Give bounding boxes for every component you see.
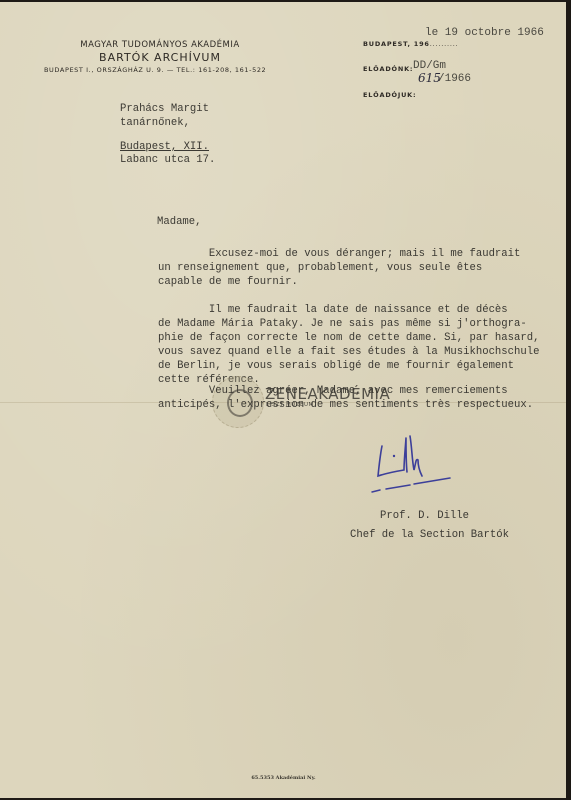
paragraph-line: un renseignement que, probablement, vous… bbox=[158, 261, 482, 276]
paragraph-line: capable de me fournir. bbox=[158, 275, 298, 290]
letterhead-institution: MAGYAR TUDOMÁNYOS AKADÉMIA bbox=[40, 40, 280, 50]
recipient-street: Labanc utca 17. bbox=[120, 153, 215, 168]
city-line: BUDAPEST, 196.......... bbox=[363, 40, 458, 48]
recipient-name: Prahács Margit bbox=[120, 102, 209, 117]
scan-edge bbox=[566, 0, 571, 800]
signatory-position: Chef de la Section Bartók bbox=[350, 528, 509, 543]
letterhead-department: BARTÓK ARCHÍVUM bbox=[40, 51, 280, 64]
letter-page: MAGYAR TUDOMÁNYOS AKADÉMIA BARTÓK ARCHÍV… bbox=[0, 2, 567, 798]
paragraph-line: Il me faudrait la date de naissance et d… bbox=[158, 303, 508, 318]
ref-year: /1966 bbox=[438, 72, 471, 87]
city-dots: .......... bbox=[430, 40, 459, 48]
letterhead-address: BUDAPEST I., ORSZÁGHÁZ U. 9. — TEL.: 161… bbox=[44, 66, 284, 74]
letter-date: le 19 octobre 1966 bbox=[425, 26, 544, 41]
printer-imprint: 65.5353 Akadémiai Ny. bbox=[0, 775, 567, 781]
paragraph-line: vous savez quand elle a fait ses études … bbox=[158, 345, 539, 360]
recipient-title: tanárnőnek, bbox=[120, 116, 190, 131]
closing-line: Veuillez agréer, Madame, avec mes remerc… bbox=[158, 384, 508, 399]
city-label: BUDAPEST, 196 bbox=[363, 40, 430, 48]
paragraph-line: phie de façon correcte le nom de cette d… bbox=[158, 331, 539, 346]
handwritten-signature-icon bbox=[370, 432, 460, 502]
paragraph-line: Excusez-moi de vous déranger; mais il me… bbox=[158, 247, 520, 262]
paragraph-line: de Madame Mária Pataky. Je ne sais pas m… bbox=[158, 317, 527, 332]
closing-line: anticipés, l'expression de mes sentiment… bbox=[158, 398, 533, 413]
our-ref-label: ELŐADÓNK: bbox=[363, 65, 413, 73]
your-ref-label: ELŐADÓJUK: bbox=[363, 91, 416, 99]
signatory-name: Prof. D. Dille bbox=[380, 509, 469, 524]
paragraph-line: de Berlin, je vous serais obligé de me f… bbox=[158, 359, 514, 374]
salutation: Madame, bbox=[157, 215, 202, 230]
